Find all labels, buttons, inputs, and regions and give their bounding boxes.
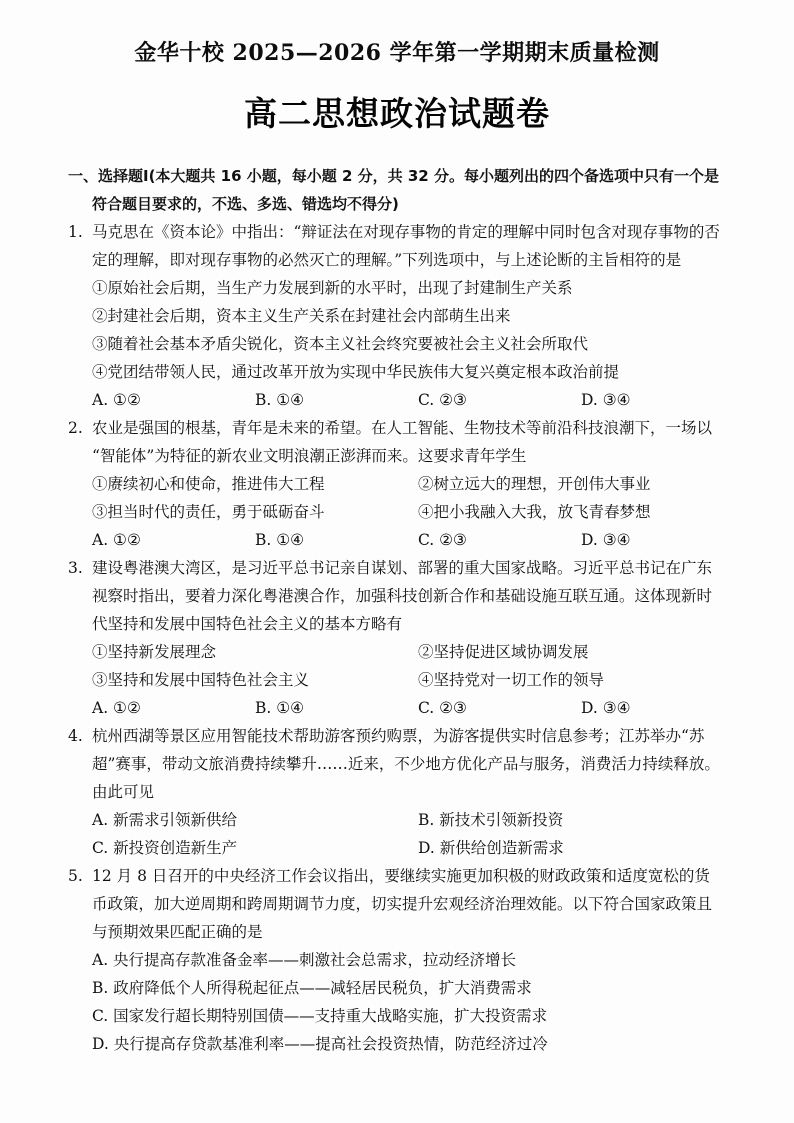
question-3: 3.建设粤港澳大湾区，是习近平总书记亲自谋划、部署的重大国家战略。习近平总书记在… — [68, 554, 748, 722]
options-row: C. 新投资创造新生产 D. 新供给创造新需求 — [68, 834, 748, 862]
option-b: B. 新技术引领新投资 — [418, 806, 744, 834]
statement: ④坚持党对一切工作的领导 — [418, 666, 744, 694]
exam-page: 金华十校 2025—2026 学年第一学期期末质量检测 高二思想政治试题卷 一、… — [0, 0, 794, 1123]
statement: ④把小我融入大我，放飞青春梦想 — [418, 498, 744, 526]
question-4: 4.杭州西湖等景区应用智能技术帮助游客预约购票，为游客提供实时信息参考；江苏举办… — [68, 722, 748, 862]
option-a: A. ①② — [92, 386, 255, 414]
exam-subtitle: 高二思想政治试题卷 — [0, 88, 794, 135]
option-a: A. 新需求引领新供给 — [92, 806, 418, 834]
option-d: D. 新供给创造新需求 — [418, 834, 744, 862]
options-row: A. ①② B. ①④ C. ②③ D. ③④ — [68, 694, 748, 722]
statement: ④党团结带领人民，通过改革开放为实现中华民族伟大复兴奠定根本政治前提 — [68, 358, 748, 386]
statement: ②坚持促进区域协调发展 — [418, 638, 744, 666]
statement: ①赓续初心和使命，推进伟大工程 — [92, 470, 418, 498]
question-stem-line: 12 月 8 日召开的中央经济工作会议指出，要继续实施更加积极的财政政策和适度宽… — [92, 867, 710, 885]
option-b: B. ①④ — [255, 694, 418, 722]
option-a: A. ①② — [92, 694, 255, 722]
options-row: A. ①② B. ①④ C. ②③ D. ③④ — [68, 526, 748, 554]
statements-row: ③担当时代的责任，勇于砥砺奋斗 ④把小我融入大我，放飞青春梦想 — [68, 498, 748, 526]
option-d: D. ③④ — [581, 694, 744, 722]
option-c: C. ②③ — [418, 386, 581, 414]
question-number: 3. — [68, 554, 92, 582]
question-stem-line: 定的理解，即对现存事物的必然灭亡的理解。”下列选项中，与上述论断的主旨相符的是 — [68, 246, 748, 274]
statements-row: ①赓续初心和使命，推进伟大工程 ②树立远大的理想，开创伟大事业 — [68, 470, 748, 498]
question-stem-line: 农业是强国的根基，青年是未来的希望。在人工智能、生物技术等前沿科技浪潮下，一场以 — [92, 419, 712, 437]
option-a: A. ①② — [92, 526, 255, 554]
statement: ③坚持和发展中国特色社会主义 — [92, 666, 418, 694]
option-d: D. 央行提高存贷款基准利率——提高社会投资热情，防范经济过冷 — [68, 1030, 748, 1058]
statement: ②封建社会后期，资本主义生产关系在封建社会内部萌生出来 — [68, 302, 748, 330]
option-c: C. 国家发行超长期特别国债——支持重大战略实施，扩大投资需求 — [68, 1002, 748, 1030]
statements-row: ①坚持新发展理念 ②坚持促进区域协调发展 — [68, 638, 748, 666]
options-row: A. ①② B. ①④ C. ②③ D. ③④ — [68, 386, 748, 414]
question-number: 5. — [68, 862, 92, 890]
exam-title: 金华十校 2025—2026 学年第一学期期末质量检测 — [0, 36, 794, 67]
option-c: C. 新投资创造新生产 — [92, 834, 418, 862]
question-stem-line: 由此可见 — [68, 778, 748, 806]
question-stem-line: “智能体”为特征的新农业文明浪潮正澎湃而来。这要求青年学生 — [68, 442, 748, 470]
exam-content: 一、选择题Ⅰ(本大题共 16 小题，每小题 2 分，共 32 分。每小题列出的四… — [68, 162, 748, 1058]
question-stem-line: 与预期效果匹配正确的是 — [68, 918, 748, 946]
statement: ③随着社会基本矛盾尖锐化，资本主义社会终究要被社会主义社会所取代 — [68, 330, 748, 358]
question-number: 4. — [68, 722, 92, 750]
statement: ②树立远大的理想，开创伟大事业 — [418, 470, 744, 498]
option-c: C. ②③ — [418, 694, 581, 722]
question-stem-line: 代坚持和发展中国特色社会主义的基本方略有 — [68, 610, 748, 638]
statement: ③担当时代的责任，勇于砥砺奋斗 — [92, 498, 418, 526]
section-heading-line-2: 符合题目要求的，不选、多选、错选均不得分) — [68, 190, 748, 218]
option-d: D. ③④ — [581, 386, 744, 414]
question-stem-line: 视察时指出，要着力深化粤港澳合作，加强科技创新合作和基础设施互联互通。这体现新时 — [68, 582, 748, 610]
statements-row: ③坚持和发展中国特色社会主义 ④坚持党对一切工作的领导 — [68, 666, 748, 694]
option-b: B. ①④ — [255, 386, 418, 414]
section-heading-line-1: 一、选择题Ⅰ(本大题共 16 小题，每小题 2 分，共 32 分。每小题列出的四… — [68, 162, 748, 190]
question-stem-line: 马克思在《资本论》中指出：“辩证法在对现存事物的肯定的理解中同时包含对现存事物的… — [92, 223, 720, 241]
option-d: D. ③④ — [581, 526, 744, 554]
question-number: 2. — [68, 414, 92, 442]
question-1: 1.马克思在《资本论》中指出：“辩证法在对现存事物的肯定的理解中同时包含对现存事… — [68, 218, 748, 414]
option-c: C. ②③ — [418, 526, 581, 554]
question-stem-line: 建设粤港澳大湾区，是习近平总书记亲自谋划、部署的重大国家战略。习近平总书记在广东 — [92, 559, 712, 577]
option-b: B. ①④ — [255, 526, 418, 554]
option-a: A. 央行提高存款准备金率——刺激社会总需求，拉动经济增长 — [68, 946, 748, 974]
question-number: 1. — [68, 218, 92, 246]
statement: ①坚持新发展理念 — [92, 638, 418, 666]
question-2: 2.农业是强国的根基，青年是未来的希望。在人工智能、生物技术等前沿科技浪潮下，一… — [68, 414, 748, 554]
question-stem-line: 超”赛事，带动文旅消费持续攀升……近来，不少地方优化产品与服务，消费活力持续释放… — [68, 750, 748, 778]
question-stem-line: 杭州西湖等景区应用智能技术帮助游客预约购票，为游客提供实时信息参考；江苏举办“苏 — [92, 727, 704, 745]
options-row: A. 新需求引领新供给 B. 新技术引领新投资 — [68, 806, 748, 834]
statement: ①原始社会后期，当生产力发展到新的水平时，出现了封建制生产关系 — [68, 274, 748, 302]
question-stem-line: 币政策，加大逆周期和跨周期调节力度，切实提升宏观经济治理效能。以下符合国家政策且 — [68, 890, 748, 918]
question-5: 5.12 月 8 日召开的中央经济工作会议指出，要继续实施更加积极的财政政策和适… — [68, 862, 748, 1058]
option-b: B. 政府降低个人所得税起征点——减轻居民税负，扩大消费需求 — [68, 974, 748, 1002]
